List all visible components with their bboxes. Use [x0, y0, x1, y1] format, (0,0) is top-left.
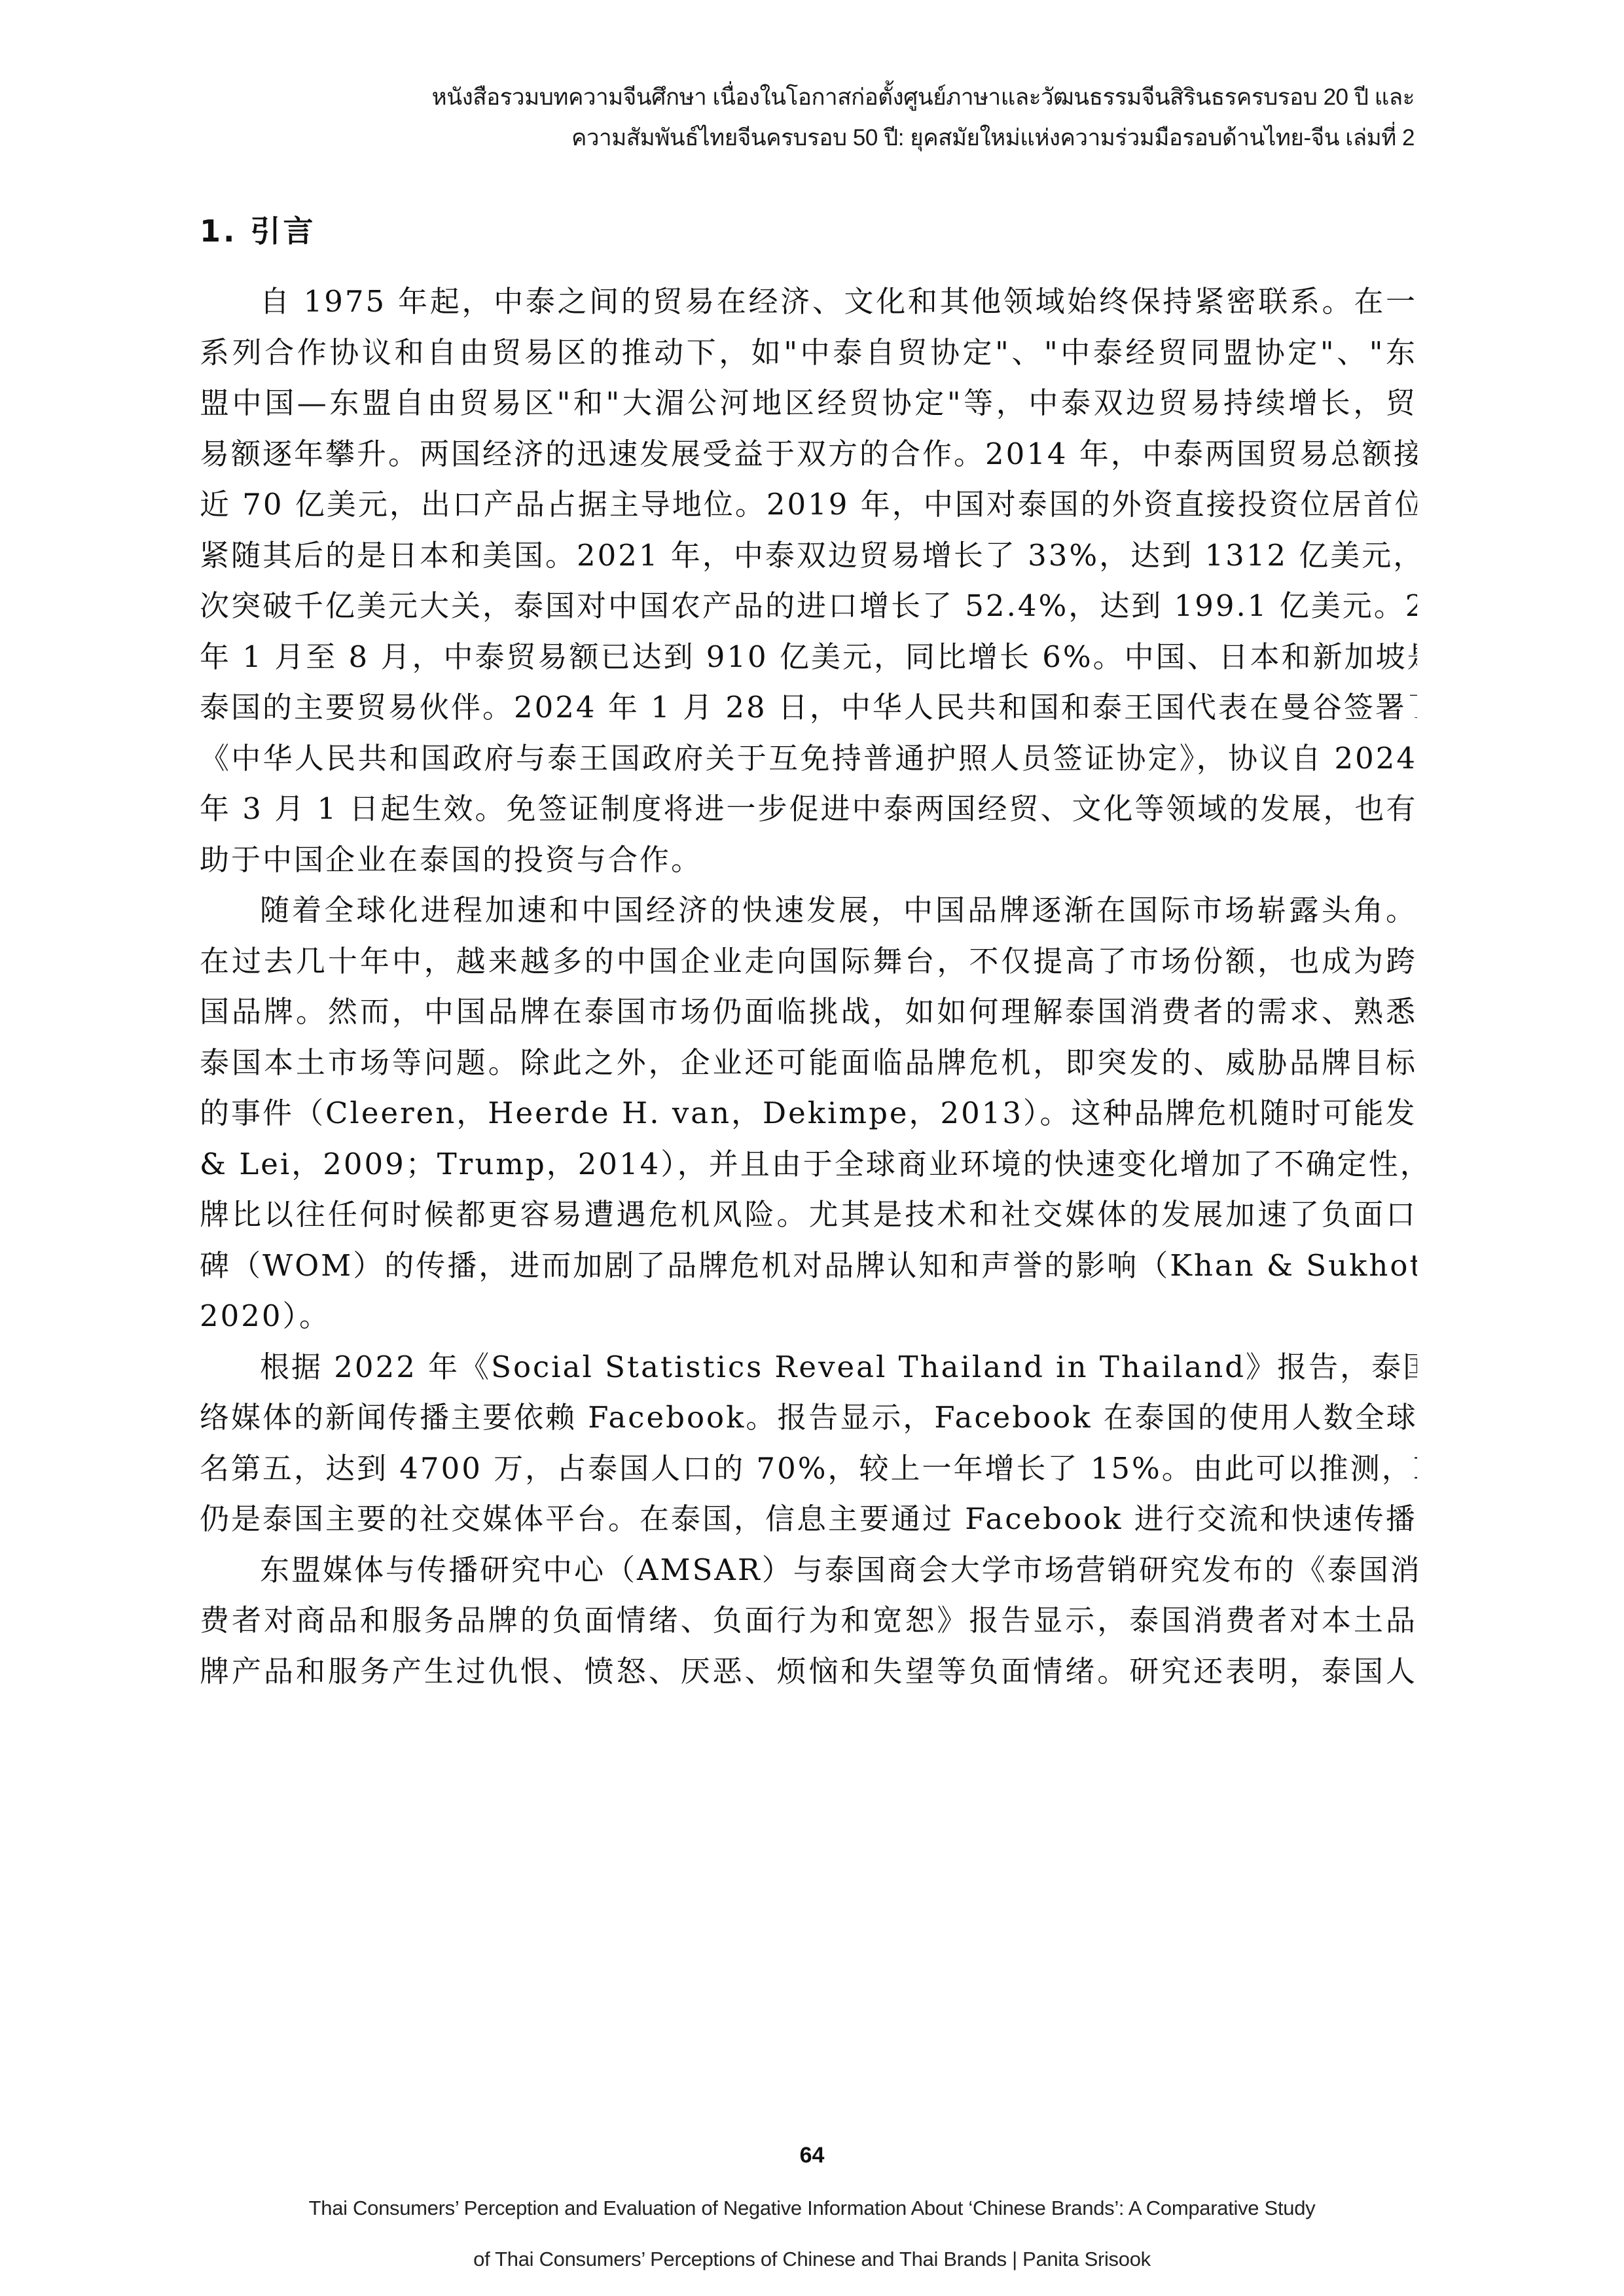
- paragraph-line: 泰国的主要贸易伙伴。2024 年 1 月 28 日，中华人民共和国和泰王国代表在…: [200, 682, 1417, 733]
- page-body: 1. 引言 自 1975 年起，中泰之间的贸易在经济、文化和其他领域始终保持紧密…: [200, 208, 1417, 1696]
- running-header-line-2: ความสัมพันธ์ไทยจีนครบรอบ 50 ปี: ยุคสมัยใ…: [171, 118, 1415, 158]
- section-heading: 1. 引言: [200, 208, 1417, 254]
- paragraph-line: 名第五，达到 4700 万，占泰国人口的 70%，较上一年增长了 15%。由此可…: [200, 1443, 1417, 1494]
- paragraph-line: 自 1975 年起，中泰之间的贸易在经济、文化和其他领域始终保持紧密联系。在一: [200, 276, 1417, 327]
- paragraph-facebook-stats: 根据 2022 年《Social Statistics Reveal Thail…: [200, 1342, 1417, 1545]
- paragraph-line: & Lei，2009；Trump，2014），并且由于全球商业环境的快速变化增加…: [200, 1139, 1417, 1190]
- running-footer: Thai Consumers’ Perception and Evaluatio…: [0, 2183, 1624, 2285]
- paragraph-line: 紧随其后的是日本和美国。2021 年，中泰双边贸易增长了 33%，达到 1312…: [200, 530, 1417, 581]
- paragraph-line: 年 1 月至 8 月，中泰贸易额已达到 910 亿美元，同比增长 6%。中国、日…: [200, 632, 1417, 683]
- paragraph-line: 国品牌。然而，中国品牌在泰国市场仍面临挑战，如如何理解泰国消费者的需求、熟悉: [200, 986, 1417, 1037]
- paragraph-line: 仍是泰国主要的社交媒体平台。在泰国，信息主要通过 Facebook 进行交流和快…: [200, 1494, 1417, 1545]
- paragraph-line: 泰国本土市场等问题。除此之外，企业还可能面临品牌危机，即突发的、威胁品牌目标: [200, 1037, 1417, 1088]
- paragraph-line: 随着全球化进程加速和中国经济的快速发展，中国品牌逐渐在国际市场崭露头角。: [200, 885, 1417, 936]
- paragraph-line: 根据 2022 年《Social Statistics Reveal Thail…: [200, 1342, 1417, 1393]
- paragraph-line: 碑（WOM）的传播，进而加剧了品牌危机对品牌认知和声誉的影响（Khan & Su…: [200, 1240, 1417, 1291]
- paragraph-line: 年 3 月 1 日起生效。免签证制度将进一步促进中泰两国经贸、文化等领域的发展，…: [200, 783, 1417, 834]
- paragraph-line: 《中华人民共和国政府与泰王国政府关于互免持普通护照人员签证协定》，协议自 202…: [200, 733, 1417, 784]
- running-header-line-1: หนังสือรวมบทความจีนศึกษา เนื่องในโอกาสก่…: [171, 77, 1415, 118]
- paragraph-line: 盟中国—东盟自由贸易区"和"大湄公河地区经贸协定"等，中泰双边贸易持续增长，贸: [200, 378, 1417, 429]
- paragraph-line: 的事件（Cleeren，Heerde H. van，Dekimpe，2013）。…: [200, 1088, 1417, 1139]
- paragraph-brand-crisis: 随着全球化进程加速和中国经济的快速发展，中国品牌逐渐在国际市场崭露头角。 在过去…: [200, 885, 1417, 1342]
- paragraph-line: 络媒体的新闻传播主要依赖 Facebook。报告显示，Facebook 在泰国的…: [200, 1392, 1417, 1443]
- paragraph-line: 次突破千亿美元大关，泰国对中国农产品的进口增长了 52.4%，达到 199.1 …: [200, 581, 1417, 632]
- paragraph-line: 费者对商品和服务品牌的负面情绪、负面行为和宽恕》报告显示，泰国消费者对本土品: [200, 1595, 1417, 1646]
- paragraph-line: 在过去几十年中，越来越多的中国企业走向国际舞台，不仅提高了市场份额，也成为跨: [200, 936, 1417, 987]
- paragraph-line: 近 70 亿美元，出口产品占据主导地位。2019 年，中国对泰国的外资直接投资位…: [200, 479, 1417, 530]
- paragraph-line: 系列合作协议和自由贸易区的推动下，如"中泰自贸协定"、"中泰经贸同盟协定"、"东: [200, 327, 1417, 378]
- paragraph-line: 助于中国企业在泰国的投资与合作。: [200, 834, 1417, 886]
- paragraph-line: 2020）。: [200, 1291, 1417, 1342]
- paragraph-line: 牌比以往任何时候都更容易遭遇危机风险。尤其是技术和社交媒体的发展加速了负面口: [200, 1189, 1417, 1240]
- page-number: 64: [0, 2139, 1624, 2172]
- paragraph-line: 牌产品和服务产生过仇恨、愤怒、厌恶、烦恼和失望等负面情绪。研究还表明，泰国人: [200, 1646, 1417, 1697]
- paragraph-trade-history: 自 1975 年起，中泰之间的贸易在经济、文化和其他领域始终保持紧密联系。在一 …: [200, 276, 1417, 885]
- running-footer-line-2: of Thai Consumers’ Perceptions of Chines…: [0, 2234, 1624, 2285]
- running-header: หนังสือรวมบทความจีนศึกษา เนื่องในโอกาสก่…: [171, 77, 1415, 158]
- running-footer-line-1: Thai Consumers’ Perception and Evaluatio…: [0, 2183, 1624, 2234]
- paragraph-line: 东盟媒体与传播研究中心（AMSAR）与泰国商会大学市场营销研究发布的《泰国消: [200, 1545, 1417, 1596]
- paragraph-line: 易额逐年攀升。两国经济的迅速发展受益于双方的合作。2014 年，中泰两国贸易总额…: [200, 429, 1417, 480]
- paragraph-amsar-report: 东盟媒体与传播研究中心（AMSAR）与泰国商会大学市场营销研究发布的《泰国消 费…: [200, 1545, 1417, 1697]
